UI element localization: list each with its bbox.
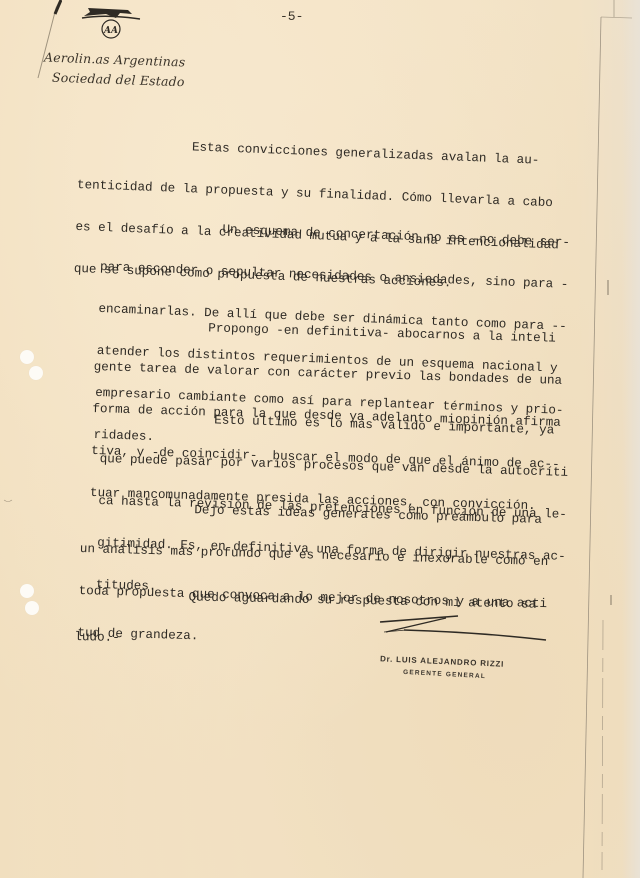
text-line: para esconder o sepultar necesidades o a… <box>100 260 569 292</box>
punch-hole <box>20 584 34 598</box>
text-line: Quedo aguardando su respuesta con mi ate… <box>75 588 536 612</box>
aerolineas-logo-icon: AA <box>76 2 146 42</box>
svg-text:AA: AA <box>103 26 118 36</box>
punch-hole <box>25 601 39 615</box>
letter-page: AA Aerolin.as Argentinas Sociedad del Es… <box>0 0 640 878</box>
text-line: Un esquema de concertación no es -no deb… <box>101 218 570 250</box>
punch-hole <box>20 350 34 364</box>
company-name: Aerolin.as Argentinas <box>44 50 186 70</box>
corner-ink-stroke <box>36 0 62 80</box>
text-line: Dejo estas ideas generales como preámbul… <box>81 500 550 527</box>
page-number: -5- <box>280 9 303 24</box>
text-line: Estas convicciones generalizadas avalan … <box>78 136 562 169</box>
punch-hole <box>29 366 43 380</box>
text-line: Propongo -en definitiva- abocarnos a la … <box>95 318 564 346</box>
paper-edge <box>622 0 640 878</box>
handwritten-signature-icon <box>376 610 551 650</box>
text-line: Esto último es lo más válido e important… <box>101 410 570 438</box>
company-subtitle: Sociedad del Estado <box>52 70 185 90</box>
